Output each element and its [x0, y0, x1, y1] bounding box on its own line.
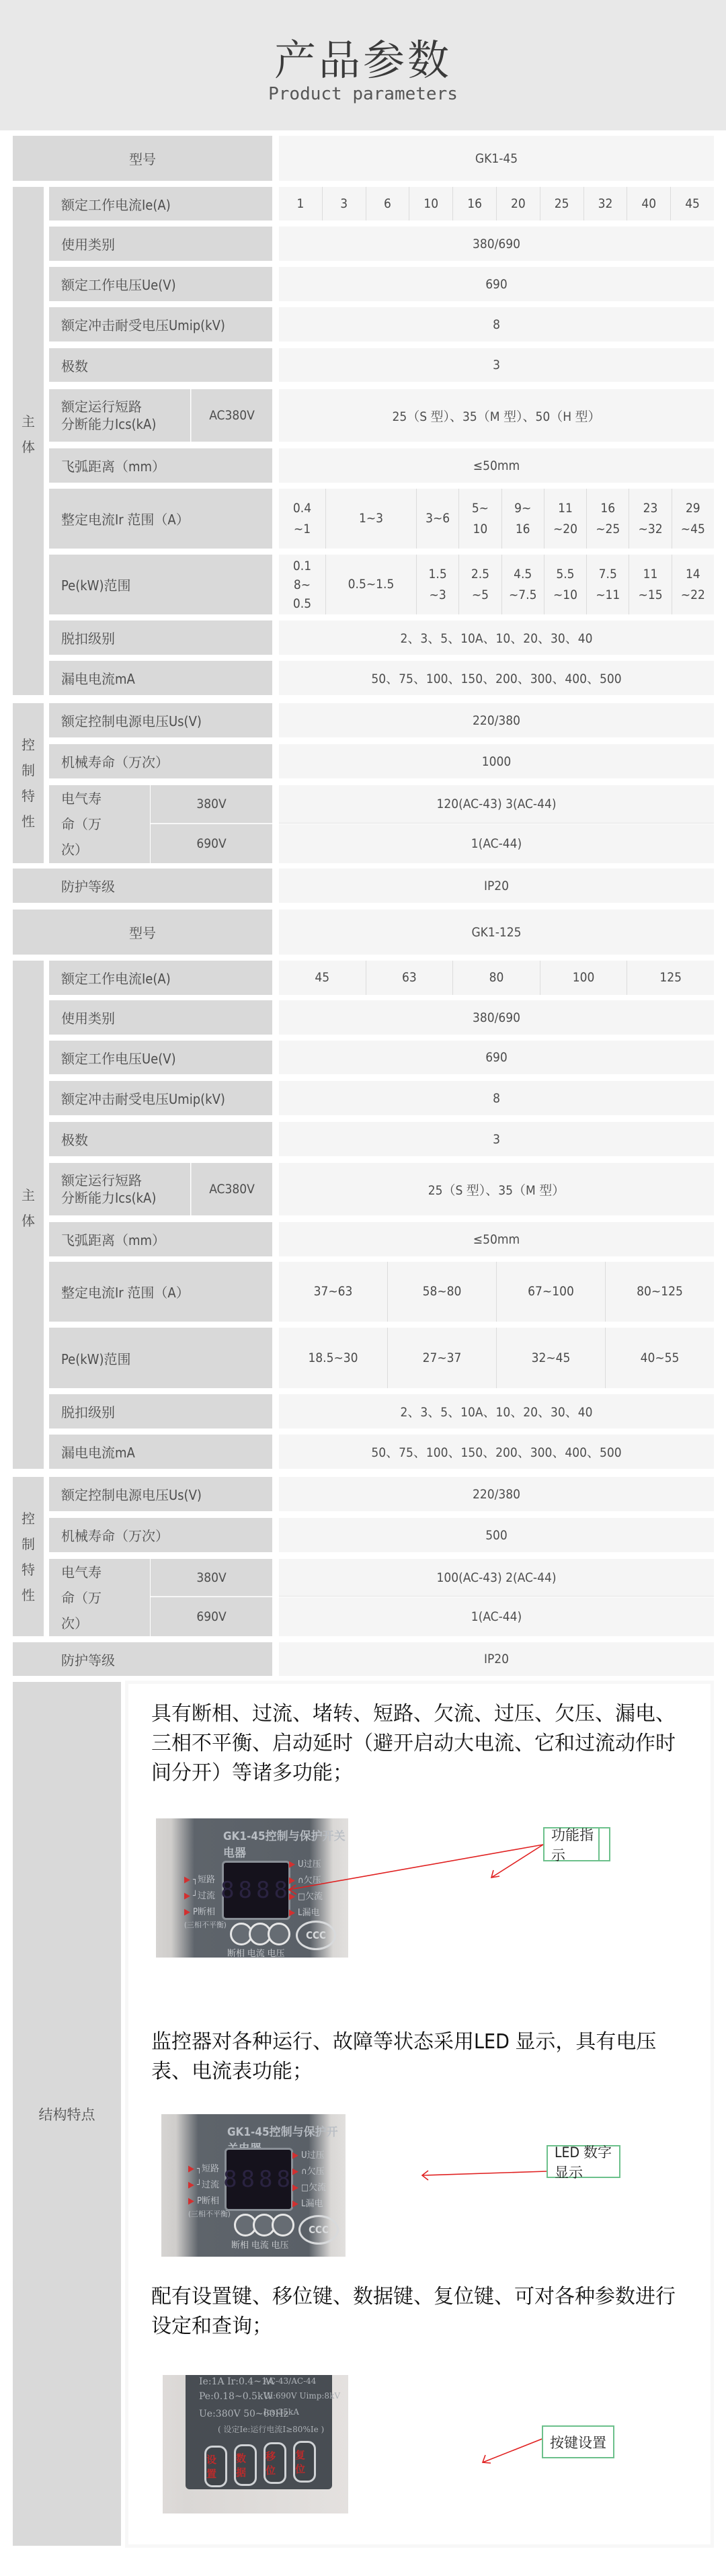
row-value-electrical-life-690v: 1(AC-44) — [279, 824, 714, 863]
indicator-overcurrent: ▶┘过流 — [184, 1888, 227, 1904]
cell: 5~ 10 — [458, 489, 501, 549]
cell: 14 ~22 — [672, 555, 714, 614]
row-label-rated-current: 额定工作电流Ie(A) — [49, 961, 272, 995]
cell: 10 — [409, 187, 452, 220]
cell: 2.5 ~5 — [458, 555, 501, 614]
row-values-rated-current: 1 3 6 10 16 20 25 32 40 45 — [279, 187, 714, 220]
left-indicators: ▶┐短路 ▶┘过流 ▶P断相 (三相不平衡) — [188, 2161, 231, 2219]
row-label-power-range: Pe(kW)范围 — [49, 555, 272, 614]
row-label-breaking-capacity: 额定运行短路 分断能力Ics(kA) — [49, 1163, 190, 1215]
spec-line: ( 设定Ie:运行电流I≥80%Ie ) — [218, 2423, 324, 2435]
indicator-short-circuit: ▶┐短路 — [184, 1872, 227, 1888]
row-value-protection-rating: IP20 — [279, 869, 714, 903]
row-label-category: 使用类别 — [49, 1000, 272, 1035]
label-line: 分断能力Ics(kA) — [61, 1189, 156, 1207]
model-value: GK1-45 — [279, 136, 714, 181]
cell: 45 — [670, 187, 714, 220]
group-char: 制 — [22, 758, 35, 783]
row-sublabel-380v: 380V — [151, 1559, 272, 1597]
row-label-protection-rating: 防护等级 — [13, 1642, 272, 1676]
row-label-arc-distance: 飞弧距离（mm） — [49, 1222, 272, 1256]
row-label-setting-current: 整定电流Ir 范围（A） — [49, 489, 272, 549]
right-indicators: ▶U过压 ▶∩欠压 ▶□欠流 ▶L漏电 — [292, 2148, 326, 2212]
label-line: 额定运行短路 — [61, 1172, 142, 1189]
row-values-power-range: 18.5~30 27~37 32~45 40~55 — [279, 1328, 714, 1388]
row-value-arc-distance: ≤50mm — [279, 448, 714, 483]
row-values-setting-current: 37~63 58~80 67~100 80~125 — [279, 1262, 714, 1322]
row-value-arc-distance: ≤50mm — [279, 1222, 714, 1256]
row-label-control-voltage: 额定控制电源电压Us(V) — [49, 1477, 272, 1511]
row-label-mechanical-life: 机械寿命（万次） — [49, 744, 272, 778]
row-sublabel-380v: 380V — [151, 785, 272, 823]
key-data: 数据 — [234, 2444, 257, 2486]
group-label-main-body: 主 体 — [13, 187, 44, 695]
row-value-rated-voltage: 690 — [279, 267, 714, 301]
ccc-cert-icon: CCC — [296, 1921, 336, 1950]
device-photo-keys: Ie:1A Ir:0.4~1A Pe:0.18~0.5kW Ue:380V 50… — [163, 2375, 348, 2513]
spec-line: AC-43/AC-44 — [264, 2376, 316, 2386]
row-value-leakage-current: 50、75、100、150、200、300、400、500 — [279, 1435, 714, 1469]
knob-indicator — [272, 2214, 294, 2237]
row-label-rated-voltage: 额定工作电压Ue(V) — [49, 1041, 272, 1074]
group-label-control: 控 制 特 性 — [13, 1477, 44, 1636]
cell: 40 — [627, 187, 670, 220]
indicator-undercurrent: ▶□欠流 — [292, 2180, 326, 2196]
row-label-electrical-life: 电气寿命（万次） — [49, 1559, 150, 1636]
cell: 63 — [366, 961, 453, 995]
cell: 5.5 ~10 — [544, 555, 586, 614]
page-header: 产品参数 Product parameters — [0, 0, 726, 130]
row-value-poles: 3 — [279, 348, 714, 382]
lcd-display: 8888 — [225, 2148, 293, 2211]
indicator-short-circuit: ▶┐短路 — [188, 2161, 231, 2177]
lcd-display: 8888 — [222, 1861, 290, 1920]
feature-text-led-display: 监控器对各种运行、故障等状态采用LED 显示，具有电压表、电流表功能； — [151, 2027, 682, 2087]
cell: 58~80 — [387, 1262, 496, 1322]
row-value-electrical-life-690v: 1(AC-44) — [279, 1597, 714, 1636]
row-value-impulse-voltage: 8 — [279, 1081, 714, 1115]
right-indicators: ▶U过压 ▶∩欠压 ▶□欠流 ▶L漏电 — [289, 1857, 323, 1921]
row-label-impulse-voltage: 额定冲击耐受电压Umip(kV) — [49, 307, 272, 341]
indicator-overcurrent: ▶┘过流 — [188, 2177, 231, 2193]
callout-function-indicator: 功能指示 — [543, 1827, 600, 1861]
cell: 3 — [322, 187, 366, 220]
row-sublabel-ac380v: AC380V — [191, 389, 272, 442]
cell: 0.4 ~1 — [279, 489, 325, 549]
cell: 40~55 — [605, 1328, 714, 1388]
indicator-overvoltage: ▶U过压 — [289, 1857, 323, 1873]
page-title: 产品参数 — [0, 27, 726, 87]
key-shift: 移位 — [264, 2442, 286, 2484]
cell: 23 ~32 — [629, 489, 671, 549]
group-char: 体 — [22, 434, 35, 460]
row-label-setting-current: 整定电流Ir 范围（A） — [49, 1262, 272, 1322]
indicator-note: (三相不平衡) — [188, 2210, 231, 2219]
group-char: 性 — [22, 1582, 35, 1608]
row-value-impulse-voltage: 8 — [279, 307, 714, 341]
callout-led-display: LED 数字显示 — [547, 2145, 620, 2178]
row-label-leakage-current: 漏电电流mA — [49, 661, 272, 695]
cell: 1~3 — [325, 489, 416, 549]
row-label-trip-class: 脱扣级别 — [49, 1394, 272, 1428]
cell: 80~125 — [605, 1262, 714, 1322]
group-char: 控 — [22, 732, 35, 758]
spec-line: Ui:690V Uimp:8kV — [264, 2391, 340, 2401]
label-line: 分断能力Ics(kA) — [61, 415, 156, 433]
row-label-arc-distance: 飞弧距离（mm） — [49, 448, 272, 483]
row-label-poles: 极数 — [49, 1122, 272, 1156]
row-label-protection-rating: 防护等级 — [13, 869, 272, 903]
indicator-undervoltage: ▶∩欠压 — [289, 1873, 323, 1889]
key-reset: 复位 — [293, 2441, 316, 2483]
cell: 32 — [583, 187, 627, 220]
cell: 18.5~30 — [279, 1328, 387, 1388]
model-value: GK1-125 — [279, 910, 714, 955]
indicator-undercurrent: ▶□欠流 — [289, 1889, 323, 1905]
row-value-control-voltage: 220/380 — [279, 1477, 714, 1511]
group-char: 主 — [22, 409, 35, 434]
callout-key-settings: 按键设置 — [542, 2425, 614, 2458]
cell: 16 ~25 — [586, 489, 629, 549]
group-char: 主 — [22, 1182, 35, 1208]
cell: 6 — [366, 187, 409, 220]
row-value-category: 380/690 — [279, 227, 714, 261]
device-photo-indicators: GK1-45控制与保护开关电器 8888 ▶┐短路 ▶┘过流 ▶P断相 (三相不… — [156, 1818, 348, 1958]
row-label-impulse-voltage: 额定冲击耐受电压Umip(kV) — [49, 1081, 272, 1115]
indicator-undervoltage: ▶∩欠压 — [292, 2164, 326, 2180]
indicator-overvoltage: ▶U过压 — [292, 2148, 326, 2164]
features-label: 结构特点 — [13, 1682, 121, 2546]
row-sublabel-690v: 690V — [151, 1597, 272, 1636]
cell: 25 — [540, 187, 583, 220]
group-char: 制 — [22, 1531, 35, 1557]
indicator-note: (三相不平衡) — [184, 1921, 227, 1930]
row-sublabel-ac380v: AC380V — [191, 1163, 272, 1215]
row-values-rated-current: 45 63 80 100 125 — [279, 961, 714, 995]
indicator-leakage: ▶L漏电 — [292, 2196, 326, 2212]
cell: 37~63 — [279, 1262, 387, 1322]
row-value-control-voltage: 220/380 — [279, 703, 714, 737]
cell: 32~45 — [496, 1328, 605, 1388]
row-label-control-voltage: 额定控制电源电压Us(V) — [49, 703, 272, 737]
row-value-breaking-capacity: 25（S 型）、35（M 型） — [279, 1163, 714, 1215]
cell: 9~ 16 — [501, 489, 544, 549]
group-label-main-body: 主 体 — [13, 961, 44, 1469]
key-settings: 设置 — [204, 2446, 227, 2487]
row-label-rated-voltage: 额定工作电压Ue(V) — [49, 267, 272, 301]
row-value-breaking-capacity: 25（S 型）、35（M 型）、50（H 型） — [279, 389, 714, 442]
row-label-breaking-capacity: 额定运行短路 分断能力Ics(kA) — [49, 389, 190, 442]
cell: 67~100 — [496, 1262, 605, 1322]
group-char: 控 — [22, 1506, 35, 1531]
row-value-electrical-life-380v: 120(AC-43) 3(AC-44) — [279, 785, 714, 823]
row-value-category: 380/690 — [279, 1000, 714, 1035]
row-label-power-range: Pe(kW)范围 — [49, 1328, 272, 1388]
device-photo-led: GK1-45控制与保护开关电器 8888 ▶┐短路 ▶┘过流 ▶P断相 (三相不… — [161, 2114, 346, 2257]
group-char: 性 — [22, 809, 35, 834]
row-value-trip-class: 2、3、5、10A、10、20、30、40 — [279, 620, 714, 655]
row-label-rated-current: 额定工作电流Ie(A) — [49, 187, 272, 220]
cell: 100 — [540, 961, 627, 995]
page-subtitle: Product parameters — [0, 84, 726, 104]
spec-line: Pe:0.18~0.5kW — [199, 2391, 273, 2402]
ccc-cert-icon: CCC — [298, 2215, 339, 2245]
feature-text-protection: 具有断相、过流、堵转、短路、欠流、过压、欠压、漏电、三相不平衡、启动延时（避开启… — [151, 1699, 682, 1788]
row-value-leakage-current: 50、75、100、150、200、300、400、500 — [279, 661, 714, 695]
label-line: 额定运行短路 — [61, 398, 142, 415]
left-indicators: ▶┐短路 ▶┘过流 ▶P断相 (三相不平衡) — [184, 1872, 227, 1930]
row-value-mechanical-life: 1000 — [279, 744, 714, 778]
group-label-control: 控 制 特 性 — [13, 703, 44, 863]
indicator-phase-loss: ▶P断相 — [184, 1904, 227, 1921]
cell: 27~37 — [387, 1328, 496, 1388]
cell: 20 — [496, 187, 540, 220]
panel-title: GK1-45控制与保护开关电器 — [223, 1826, 348, 1860]
cell: 80 — [452, 961, 540, 995]
knob-labels: 断相 电流 电压 — [231, 2238, 288, 2251]
row-label-electrical-life: 电气寿命（万次） — [49, 785, 150, 863]
row-values-power-range: 0.1 8~ 0.5 0.5~1.5 1.5 ~3 2.5 ~5 4.5 ~7.… — [279, 555, 714, 614]
cell: 1.5 ~3 — [416, 555, 458, 614]
row-value-mechanical-life: 500 — [279, 1518, 714, 1552]
cell: 7.5 ~11 — [586, 555, 629, 614]
model-label: 型号 — [13, 136, 272, 181]
spec-line: Ics:35kA — [264, 2407, 299, 2417]
model-label: 型号 — [13, 910, 272, 955]
row-values-setting-current: 0.4 ~1 1~3 3~6 5~ 10 9~ 16 11 ~20 16 ~25… — [279, 489, 714, 549]
row-value-rated-voltage: 690 — [279, 1041, 714, 1074]
cell: 11 ~15 — [629, 555, 671, 614]
cell: 1 — [279, 187, 322, 220]
row-label-leakage-current: 漏电电流mA — [49, 1435, 272, 1469]
cell: 4.5 ~7.5 — [501, 555, 544, 614]
row-value-poles: 3 — [279, 1122, 714, 1156]
cell: 29 ~45 — [672, 489, 714, 549]
cell: 125 — [627, 961, 714, 995]
cell: 0.1 8~ 0.5 — [279, 555, 325, 614]
knob-indicator — [268, 1923, 290, 1945]
cell: 0.5~1.5 — [325, 555, 416, 614]
row-value-trip-class: 2、3、5、10A、10、20、30、40 — [279, 1394, 714, 1428]
feature-text-keys: 配有设置键、移位键、数据键、复位键、可对各种参数进行设定和查询； — [151, 2282, 682, 2341]
row-label-category: 使用类别 — [49, 227, 272, 261]
row-value-protection-rating: IP20 — [279, 1642, 714, 1676]
row-value-electrical-life-380v: 100(AC-43) 2(AC-44) — [279, 1559, 714, 1597]
indicator-leakage: ▶L漏电 — [289, 1905, 323, 1921]
cell: 45 — [279, 961, 366, 995]
group-char: 特 — [22, 1557, 35, 1582]
row-sublabel-690v: 690V — [151, 824, 272, 863]
cell: 3~6 — [416, 489, 458, 549]
row-label-mechanical-life: 机械寿命（万次） — [49, 1518, 272, 1552]
group-char: 体 — [22, 1208, 35, 1234]
cell: 16 — [452, 187, 496, 220]
cell: 11 ~20 — [544, 489, 586, 549]
indicator-phase-loss: ▶P断相 — [188, 2193, 231, 2210]
row-label-trip-class: 脱扣级别 — [49, 620, 272, 655]
knob-labels: 断相 电流 电压 — [227, 1946, 284, 1958]
group-char: 特 — [22, 783, 35, 809]
row-label-poles: 极数 — [49, 348, 272, 382]
